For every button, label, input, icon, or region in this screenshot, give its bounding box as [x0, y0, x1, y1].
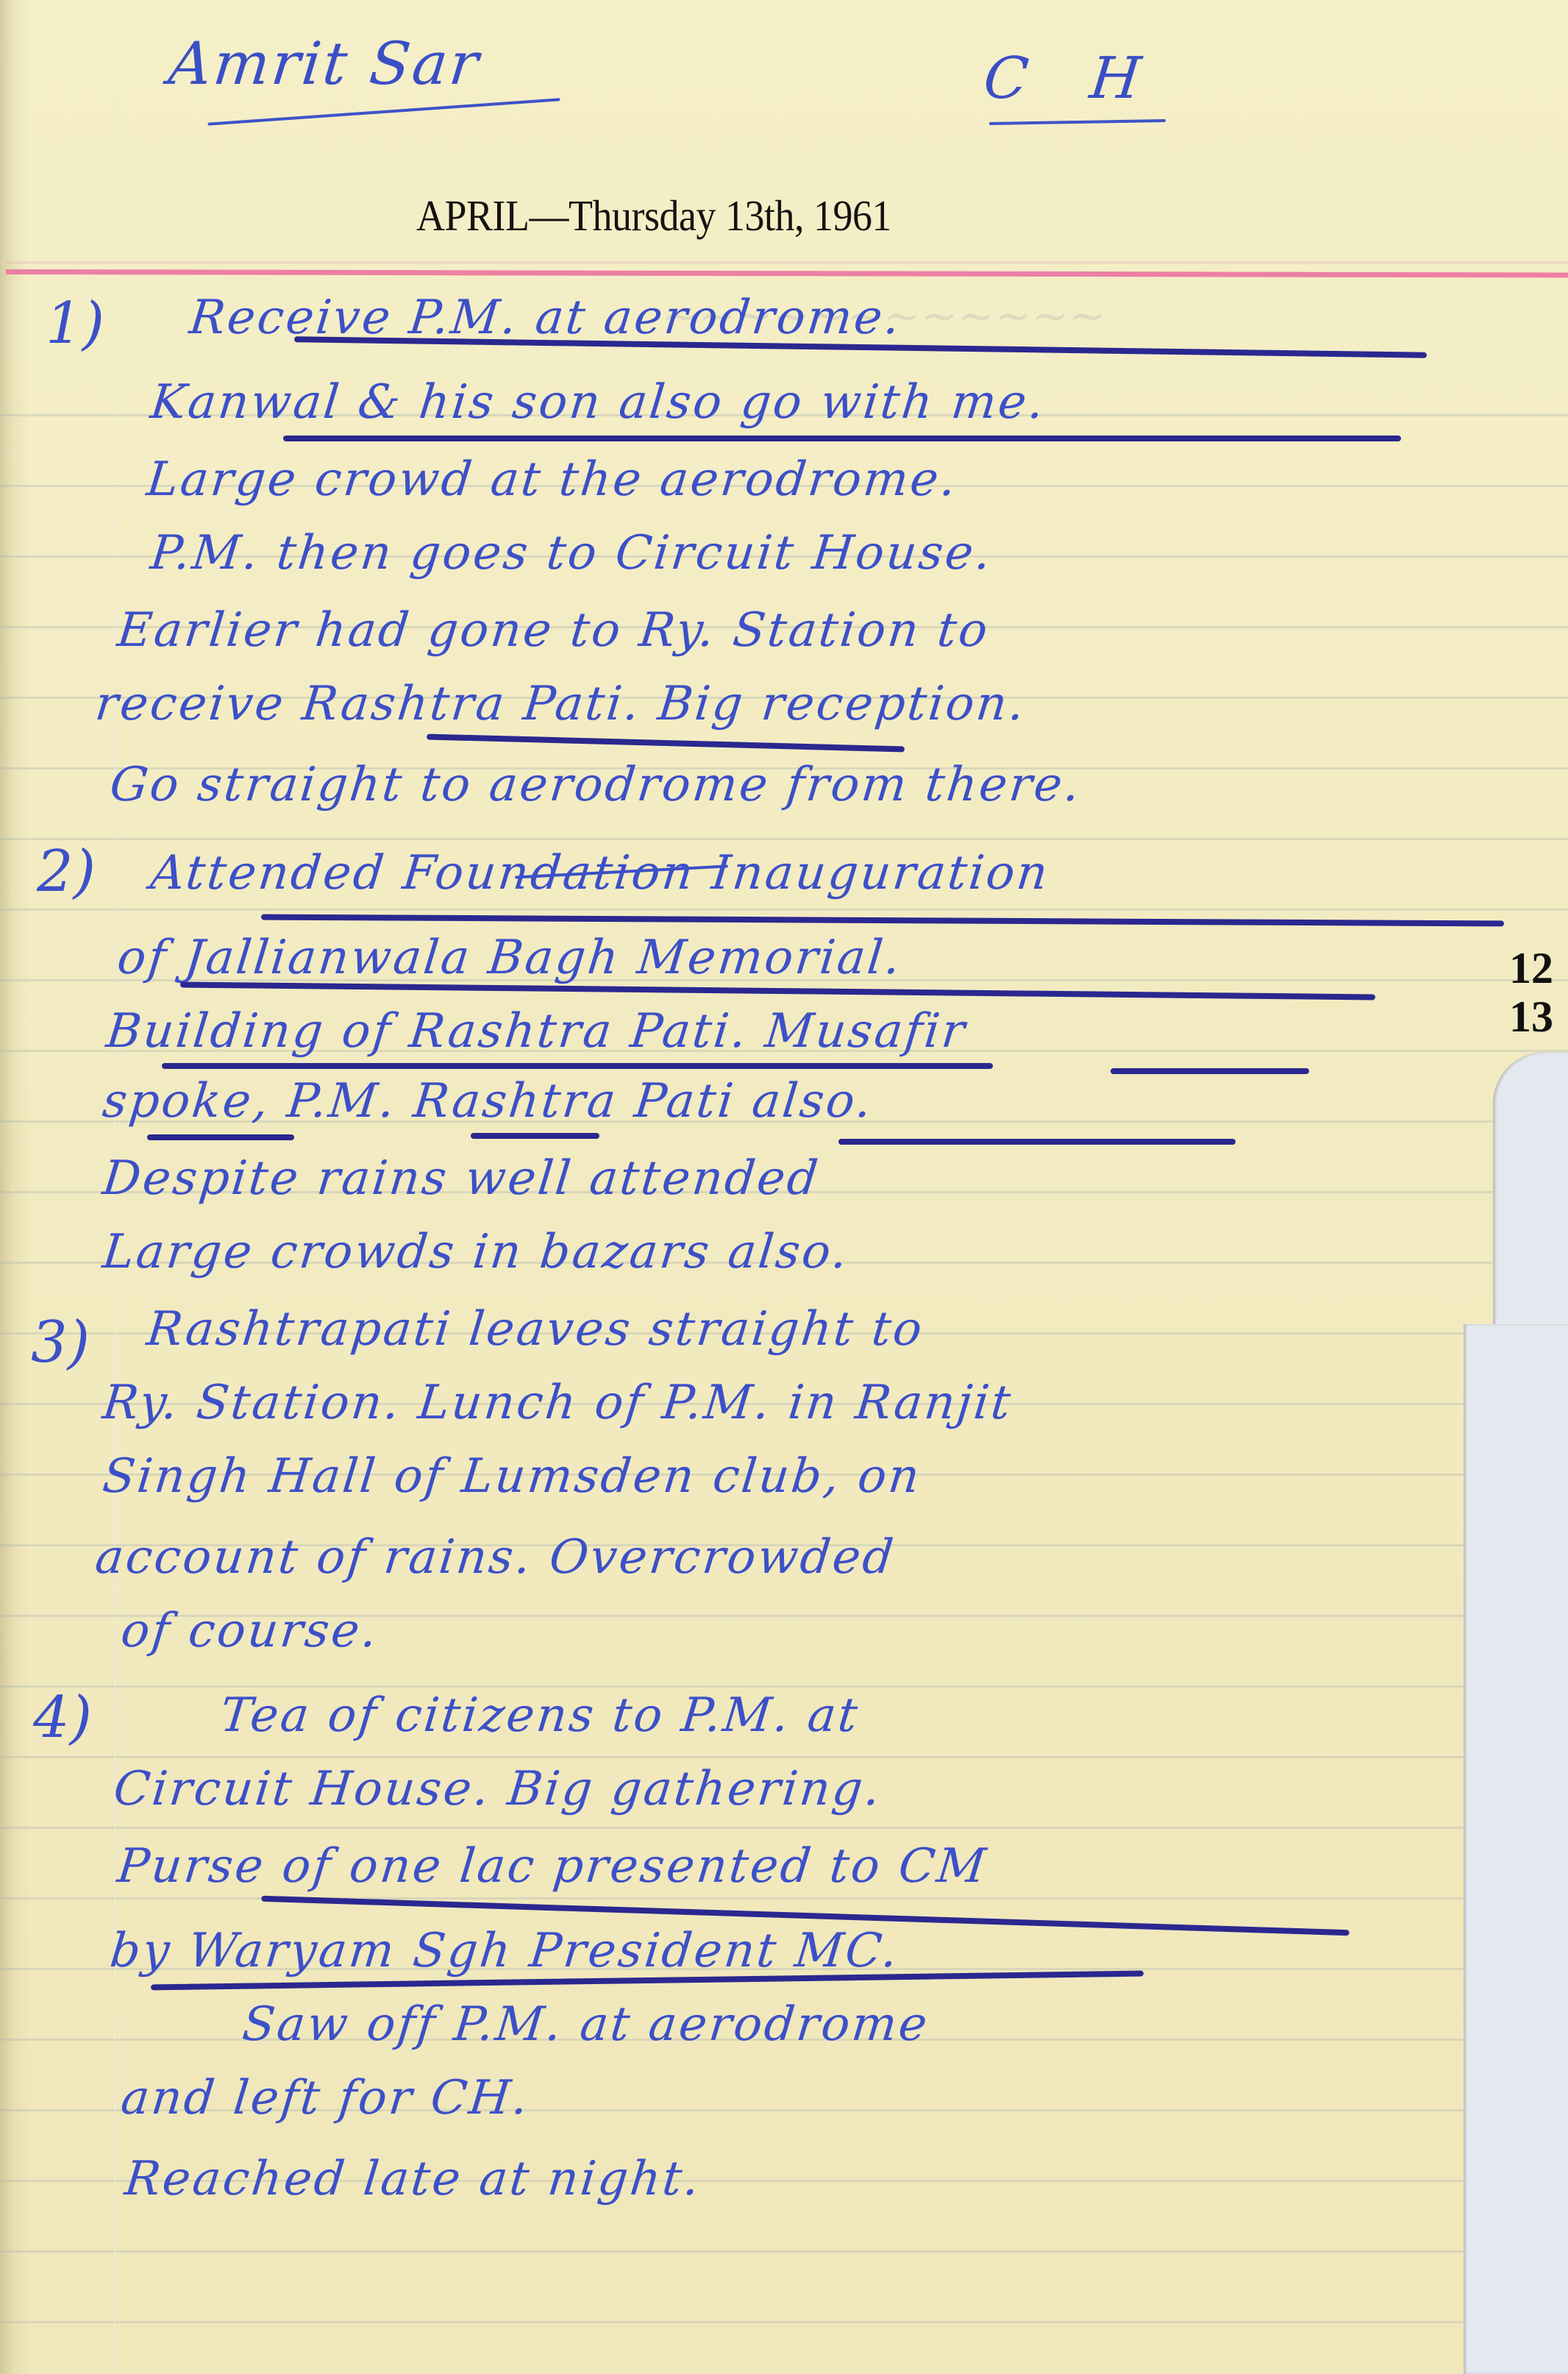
underline-9 — [471, 1133, 599, 1139]
entry-1-line-7: Go straight to aerodrome from there. — [107, 758, 1084, 812]
under-page-edge — [1464, 1324, 1568, 2374]
entry-number-2: 2) — [37, 839, 96, 905]
entry-number-1: 1) — [46, 291, 104, 357]
entry-1-line-6: receive Rashtra Pati. Big reception. — [93, 677, 1029, 731]
underline-10 — [838, 1139, 1236, 1145]
entry-4-line-7: Reached late at night. — [122, 2152, 704, 2206]
tab-index-13: 13 — [1509, 992, 1553, 1041]
entry-2-line-3: Building of Rashtra Pati. Musafir — [104, 1004, 969, 1059]
underline-8 — [147, 1134, 294, 1140]
entry-4-line-2: Circuit House. Big gathering. — [111, 1762, 885, 1816]
entry-3-line-3: Singh Hall of Lumsden club, on — [100, 1449, 924, 1504]
entry-number-4: 4) — [33, 1685, 92, 1751]
entry-1-line-2: Kanwal & his son also go with me. — [148, 375, 1048, 430]
entry-4-line-1: Tea of citizens to P.M. at — [218, 1688, 862, 1743]
tab-index[interactable]: 12 13 — [1509, 944, 1553, 1041]
page-date-heading: APRIL—Thursday 13th, 1961 — [416, 191, 891, 241]
annotation-ch: C H — [980, 46, 1166, 112]
entry-4-line-3: Purse of one lac presented to CM — [115, 1839, 990, 1894]
entry-2-line-6: Large crowds in bazars also. — [100, 1225, 852, 1279]
annotation-place: Amrit Sar — [165, 29, 484, 98]
pink-rule-shadow — [6, 261, 1568, 264]
entry-3-line-1: Rashtrapati leaves straight to — [144, 1302, 927, 1357]
entry-3-line-5: of course. — [118, 1604, 382, 1658]
entry-2-line-2: of Jallianwala Bagh Memorial. — [115, 931, 905, 985]
entry-3-line-2: Ry. Station. Lunch of P.M. in Ranjit — [100, 1376, 1015, 1430]
entry-2-line-5: Despite rains well attended — [100, 1151, 822, 1206]
entry-3-line-4: account of rains. Overcrowded — [93, 1530, 898, 1585]
entry-1-line-3: Large crowd at the aerodrome. — [144, 452, 961, 507]
entry-2-line-4: spoke, P.M. Rashtra Pati also. — [100, 1074, 876, 1129]
entry-1-line-4: P.M. then goes to Circuit House. — [148, 526, 995, 580]
underline-6 — [162, 1063, 993, 1069]
entry-4-line-5: Saw off P.M. at aerodrome — [240, 1997, 932, 2052]
underline-7 — [1111, 1068, 1309, 1074]
entry-1-line-5: Earlier had gone to Ry. Station to — [115, 603, 992, 658]
entry-4-line-4: by Waryam Sgh President MC. — [107, 1924, 902, 1978]
tab-index-12[interactable]: 12 — [1509, 944, 1553, 992]
entry-number-3: 3) — [31, 1309, 90, 1376]
underline-2 — [283, 436, 1401, 441]
entry-4-line-6: and left for CH. — [118, 2071, 532, 2125]
